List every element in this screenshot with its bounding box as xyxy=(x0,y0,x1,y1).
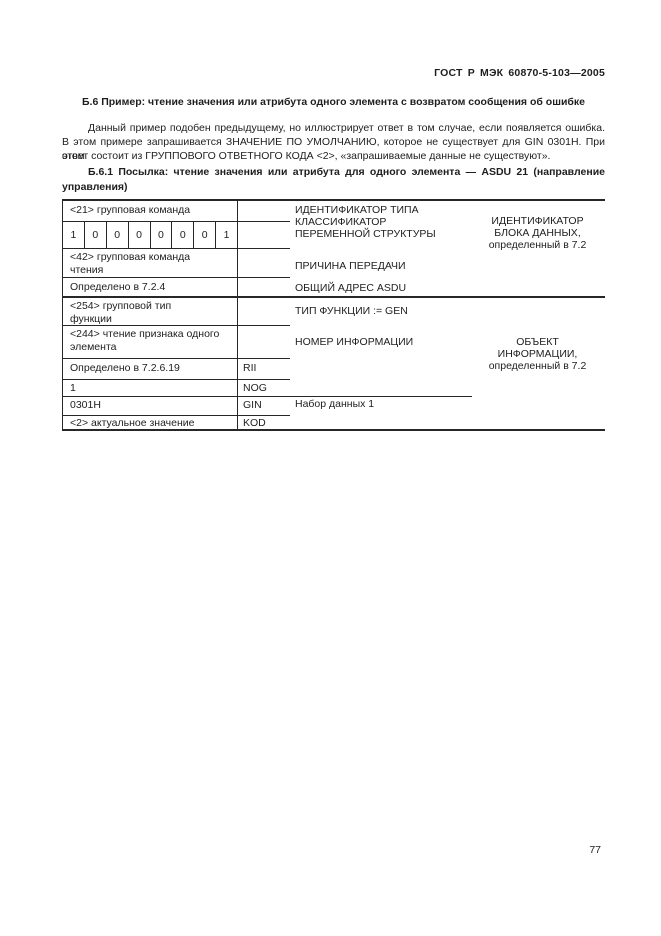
bit-octet-row: 1 0 0 0 0 0 0 1 xyxy=(63,222,237,248)
bit-cell: 0 xyxy=(107,222,129,248)
table-border-top xyxy=(62,199,605,201)
cell-kod-value: <2> актуальное значение xyxy=(70,417,195,430)
code-label-kod: KOD xyxy=(243,417,266,429)
row-divider xyxy=(62,248,290,249)
cell-function-type: <254> групповой тип функции xyxy=(70,300,205,326)
subsection-heading-b61-line-2: управления) xyxy=(62,180,605,195)
cell-cause: <42> групповая команда чтения xyxy=(70,251,205,277)
annotation-cause: ПРИЧИНА ПЕРЕДАЧИ xyxy=(295,260,406,272)
annotation-function-type: ТИП ФУНКЦИИ := GEN xyxy=(295,305,408,317)
cell-type-identifier: <21> групповая команда xyxy=(70,204,190,217)
paragraph-line-3: ответ состоит из ГРУППОВОГО ОТВЕТНОГО КО… xyxy=(62,149,605,163)
annotation-type-identifier: ИДЕНТИФИКАТОР ТИПА xyxy=(295,204,419,216)
information-object-line: определенный в 7.2 xyxy=(470,360,605,372)
row-divider xyxy=(62,358,290,359)
cell-nog-value: 1 xyxy=(70,382,76,395)
code-label-rii: RII xyxy=(243,362,256,374)
paragraph-line-1: Данный пример подобен предыдущему, но ил… xyxy=(62,121,605,135)
bit-cell: 0 xyxy=(172,222,194,248)
row-divider xyxy=(62,277,290,278)
information-object-block: ОБЪЕКТ ИНФОРМАЦИИ, определенный в 7.2 xyxy=(470,336,605,372)
document-header: ГОСТ Р МЭК 60870-5-103—2005 xyxy=(434,67,605,79)
cell-gin-value: 0301H xyxy=(70,399,101,412)
information-object-line: ИНФОРМАЦИИ, xyxy=(470,348,605,360)
bit-cell: 1 xyxy=(63,222,85,248)
bit-cell: 1 xyxy=(216,222,237,248)
row-divider-extended xyxy=(62,396,472,397)
cell-common-address: Определено в 7.2.4 xyxy=(70,281,165,294)
data-unit-identifier-line: определенный в 7.2 xyxy=(470,239,605,251)
annotation-variable-structure: ПЕРЕМЕННОЙ СТРУКТУРЫ xyxy=(295,228,436,240)
bit-cell: 0 xyxy=(194,222,216,248)
row-divider xyxy=(62,379,290,380)
page-number: 77 xyxy=(589,844,601,856)
information-object-line: ОБЪЕКТ xyxy=(470,336,605,348)
section-divider-full-width xyxy=(62,296,605,298)
code-label-nog: NOG xyxy=(243,382,267,394)
section-heading-b6: Б.6 Пример: чтение значения или атрибута… xyxy=(62,96,605,108)
annotation-classifier: КЛАССИФИКАТОР xyxy=(295,216,386,228)
cell-rii-value: Определено в 7.2.6.19 xyxy=(70,362,180,375)
annotation-information-number: НОМЕР ИНФОРМАЦИИ xyxy=(295,336,413,348)
code-label-gin: GIN xyxy=(243,399,262,411)
bit-cell: 0 xyxy=(85,222,107,248)
data-unit-identifier-line: ИДЕНТИФИКАТОР xyxy=(470,215,605,227)
bit-cell: 0 xyxy=(151,222,173,248)
bit-cell: 0 xyxy=(129,222,151,248)
subsection-heading-b61-line-1: Б.6.1 Посылка: чтение значения или атриб… xyxy=(62,165,605,180)
annotation-dataset: Набор данных 1 xyxy=(295,398,374,410)
column-divider xyxy=(237,199,238,430)
annotation-common-address: ОБЩИЙ АДРЕС ASDU xyxy=(295,282,406,294)
data-unit-identifier-block: ИДЕНТИФИКАТОР БЛОКА ДАННЫХ, определенный… xyxy=(470,215,605,251)
row-divider xyxy=(62,415,290,416)
asdu-message-table: 1 0 0 0 0 0 0 1 <21> групповая команда <… xyxy=(62,199,605,431)
cell-information-number: <244> чтение признака одного элемента xyxy=(70,328,228,354)
data-unit-identifier-line: БЛОКА ДАННЫХ, xyxy=(470,227,605,239)
